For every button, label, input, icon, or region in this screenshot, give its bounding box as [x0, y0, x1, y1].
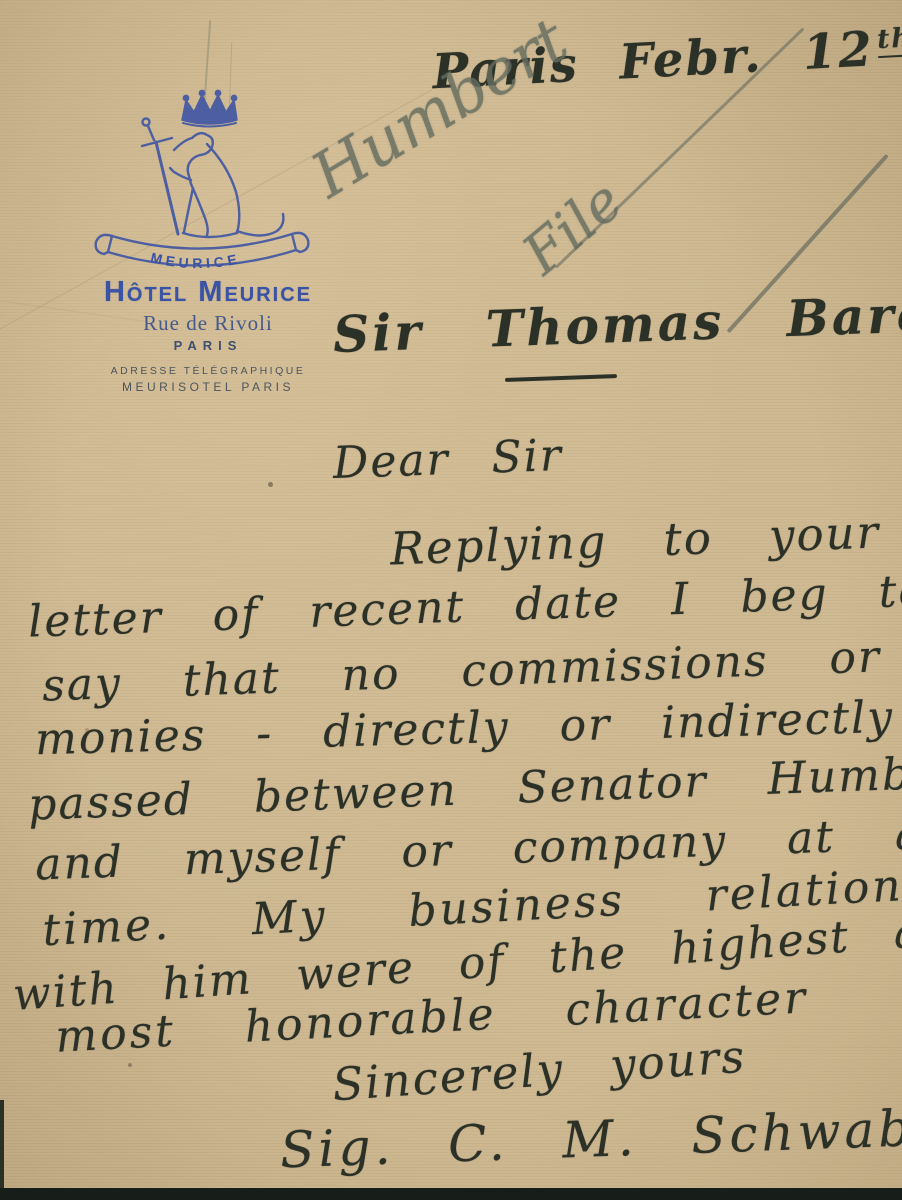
body-line: letter of recent date I beg to	[28, 569, 902, 644]
sword-icon	[142, 119, 178, 235]
greyhound-icon	[170, 133, 283, 237]
dateline-ordinal: th	[876, 22, 902, 58]
crest-graphic: MEURICE	[86, 82, 318, 278]
paper-speck	[85, 728, 89, 732]
signature-line: Sig. C. M. Schwab.	[279, 1103, 902, 1176]
telegraph-value: MEURISOTEL PARIS	[84, 380, 332, 394]
crest-banner-text: MEURICE	[149, 249, 242, 271]
scan-edge-left	[0, 1100, 4, 1200]
scan-edge-bottom	[0, 1188, 902, 1200]
crown-icon	[182, 91, 237, 127]
hotel-crest: MEURICE	[86, 82, 318, 278]
paper-speck	[128, 1063, 132, 1067]
letter-page: MEURICE Hôtel Meurice Rue de Rivoli PARI…	[0, 0, 902, 1200]
hotel-name: Hôtel Meurice	[84, 276, 332, 309]
letterhead-block: Hôtel Meurice Rue de Rivoli PARIS ADRESS…	[84, 276, 332, 394]
hotel-city: PARIS	[84, 338, 332, 353]
hotel-street: Rue de Rivoli	[84, 311, 332, 336]
paper-speck	[268, 482, 273, 487]
salutation: Dear Sir	[332, 434, 563, 486]
telegraph-label: ADRESSE TÉLÉGRAPHIQUE	[84, 365, 332, 377]
body-line: Replying to your	[389, 509, 880, 571]
recipient-underline	[505, 374, 617, 382]
recipient-line: Sir Thomas Barclay	[332, 286, 902, 360]
pencil-note-word1: Humbert	[302, 8, 577, 207]
pencil-note-word2: File	[514, 172, 633, 284]
